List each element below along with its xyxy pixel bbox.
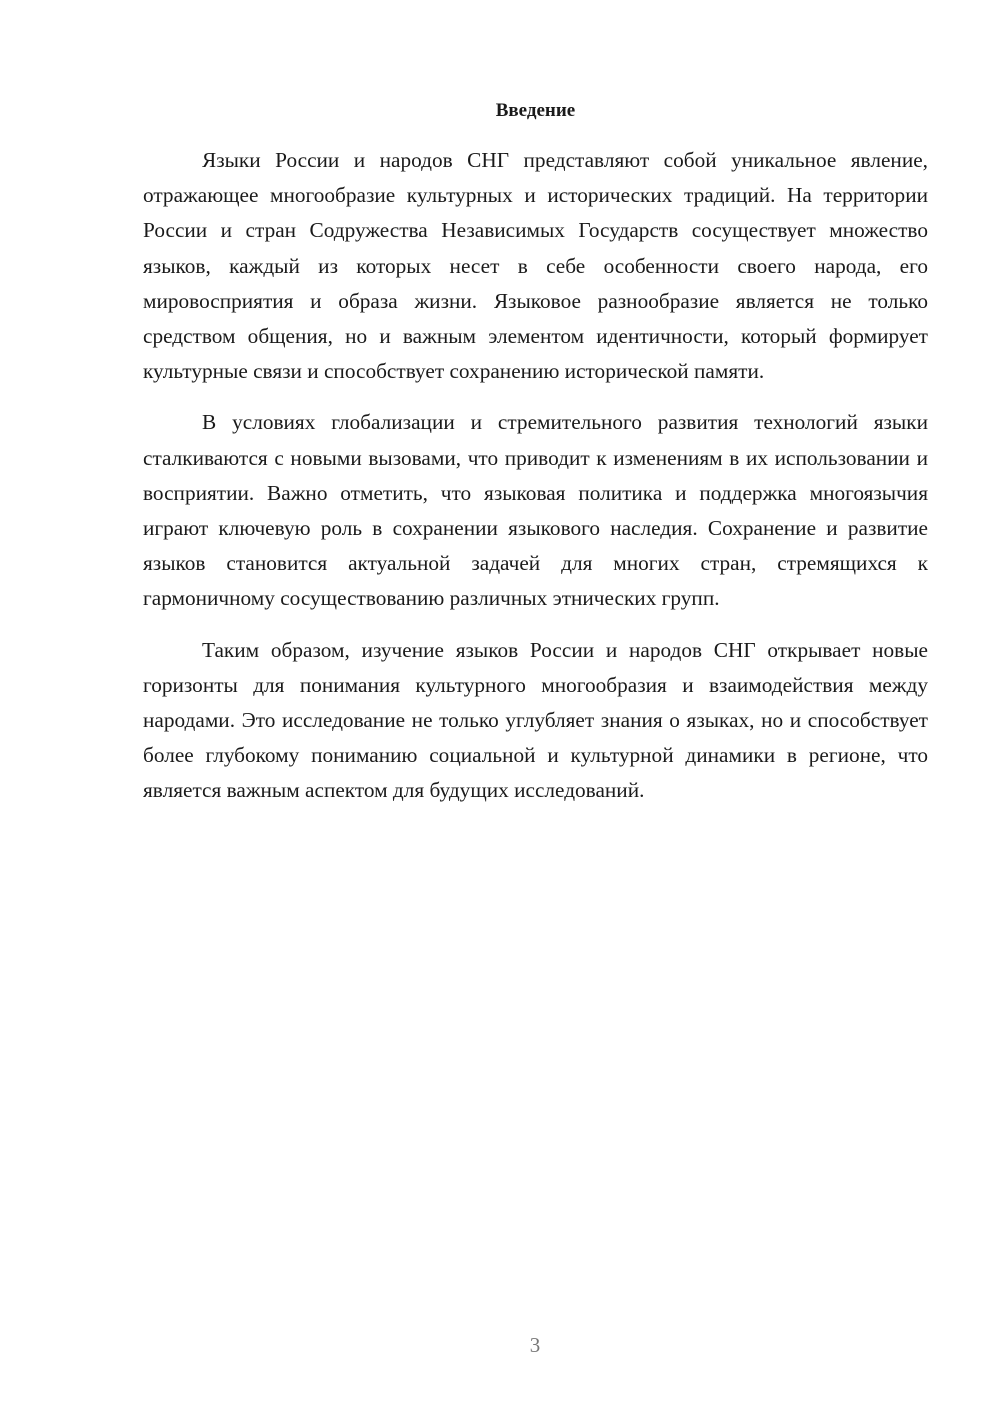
- document-page: Введение Языки России и народов СНГ пред…: [0, 0, 1000, 1414]
- paragraph-2: В условиях глобализации и стремительного…: [143, 405, 928, 616]
- page-content: Введение Языки России и народов СНГ пред…: [143, 96, 928, 825]
- paragraph-3: Таким образом, изучение языков России и …: [143, 633, 928, 809]
- page-number: 3: [0, 1333, 1000, 1358]
- section-title: Введение: [143, 96, 928, 126]
- paragraph-1: Языки России и народов СНГ представляют …: [143, 143, 928, 389]
